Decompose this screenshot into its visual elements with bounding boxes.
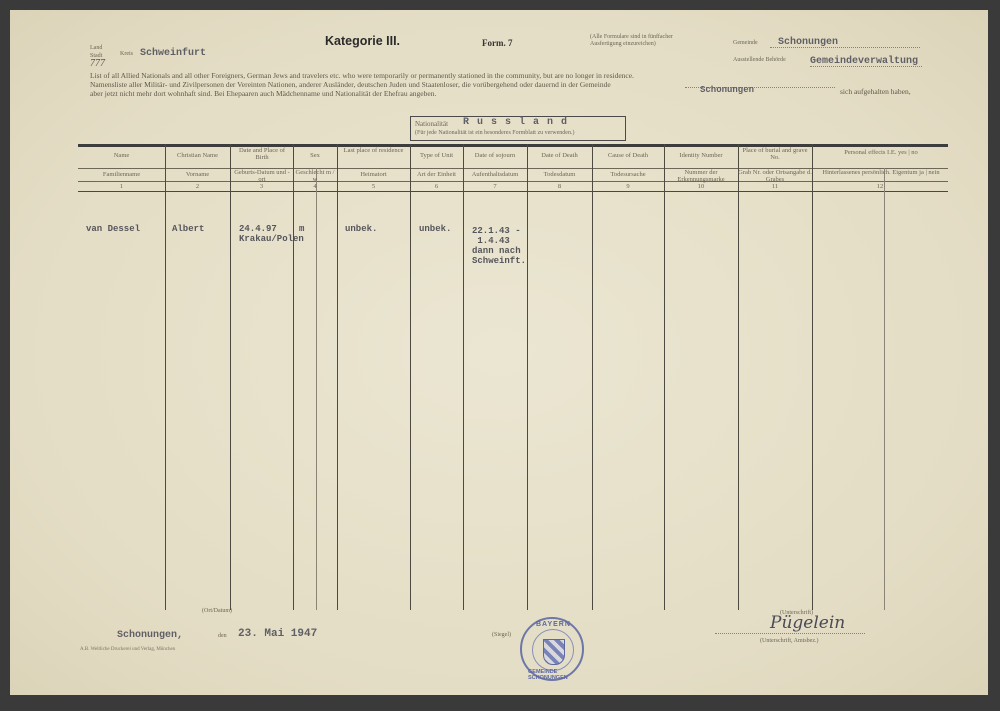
- nationality-box: Nationalität R u s s l a n d (Für jede N…: [410, 116, 626, 141]
- gemeinde-label: Gemeinde: [733, 40, 758, 46]
- description-german-1: Namensliste aller Militär- und Zivilpers…: [90, 80, 611, 89]
- col-7-num: 7: [463, 183, 527, 190]
- form-number: Form. 7: [482, 38, 513, 48]
- col-3-num: 3: [230, 183, 293, 190]
- nationality-note: (Für jede Nationalität ist ein besondere…: [415, 130, 574, 136]
- col-7-de: Aufenthaltsdatum: [463, 171, 527, 178]
- col-2-de: Vorname: [165, 171, 230, 178]
- document-page: Land Stadt Kreis 777 Schweinfurt Kategor…: [10, 10, 988, 695]
- form-title: Kategorie III.: [325, 34, 400, 48]
- col-8-de: Todesdatum: [527, 171, 592, 178]
- header-bottom-rule: [78, 191, 948, 192]
- cell-birth: 24.4.97 Krakau/Polen: [239, 224, 304, 244]
- cell-residence: unbek.: [345, 224, 377, 234]
- col-1-en: Name: [78, 152, 165, 159]
- col-6-num: 6: [410, 183, 463, 190]
- gemeinde-value: Schonungen: [778, 37, 838, 48]
- description-english: List of all Allied Nationals and all oth…: [90, 71, 634, 80]
- description-german-end: sich aufgehalten haben,: [840, 87, 911, 96]
- col-1-de: Familienname: [78, 171, 165, 178]
- cell-name: van Dessel: [86, 224, 140, 234]
- description-german-2: aber jetzt nicht mehr dort wohnhaft sind…: [90, 89, 436, 98]
- col-5-en: Last place of residence: [337, 147, 410, 154]
- col-9-en: Cause of Death: [592, 152, 664, 159]
- kreis-value: Schweinfurt: [140, 48, 206, 59]
- header-divider-2: [78, 181, 948, 182]
- table-top-rule: [78, 144, 948, 147]
- cell-sex: m: [299, 224, 304, 234]
- land-label: Land: [90, 45, 102, 51]
- col-11-en: Place of burial and grave No.: [740, 147, 810, 161]
- col-3-de: Geburts-Datum und -ort: [232, 169, 292, 183]
- col-11-de: Grab Nr. oder Ortsangabe d. Grabes: [738, 169, 812, 183]
- instruction-note-2: Ausfertigung einzureichen): [590, 41, 656, 47]
- col-3-en: Date and Place of Birth: [232, 147, 292, 161]
- kreis-label: Kreis: [120, 51, 133, 57]
- behoerde-label: Ausstellende Behörde: [733, 57, 786, 63]
- behoerde-value: Gemeindeverwaltung: [810, 56, 918, 67]
- col-10-num: 10: [664, 183, 738, 190]
- stamp-label: (Siegel): [492, 632, 511, 638]
- handwritten-mark: 777: [90, 58, 105, 69]
- col-6-de: Art der Einheit: [410, 171, 463, 178]
- place-label: (Ort/Datum): [202, 608, 232, 614]
- col-4-en: Sex: [293, 152, 337, 159]
- col-5-num: 5: [337, 183, 410, 190]
- cell-christian-name: Albert: [172, 224, 204, 234]
- bavarian-coat-of-arms-icon: [543, 639, 565, 665]
- signature-caption: (Unterschrift, Amtsbez.): [760, 638, 818, 644]
- col-9-de: Todesursache: [592, 171, 664, 178]
- place-value: Schonungen,: [117, 630, 183, 641]
- col-12-en: Personal effects I.E. yes | no: [814, 149, 948, 156]
- col-2-en: Christian Name: [165, 152, 230, 159]
- col-2-num: 2: [165, 183, 230, 190]
- instruction-note-1: (Alle Formulare sind in fünffacher: [590, 34, 673, 40]
- col-12-de: Hinterlassenes persönlich. Eigentum ja |…: [814, 169, 948, 176]
- col-6-en: Type of Unit: [410, 152, 463, 159]
- description-place: Schonungen: [700, 85, 754, 95]
- official-seal-stamp: BAYERN GEMEINDE SCHONUNGEN: [520, 617, 584, 681]
- cell-unit: unbek.: [419, 224, 451, 234]
- col-9-num: 9: [592, 183, 664, 190]
- printer-imprint: A.B. Weltliche Druckerei und Verlag, Mün…: [80, 647, 175, 652]
- cell-sojourn: 22.1.43 - 1.4.43 dann nach Schweinft.: [472, 226, 526, 266]
- col-4-de: Geschlecht m / w: [293, 169, 337, 183]
- col-11-num: 11: [738, 183, 812, 190]
- col-12-num: 12: [812, 183, 948, 190]
- col-7-en: Date of sojourn: [463, 152, 527, 159]
- signature: Pügelein: [770, 613, 845, 633]
- den-label: den: [218, 633, 227, 639]
- col-1-num: 1: [78, 183, 165, 190]
- nationality-value: R u s s l a n d: [463, 117, 568, 128]
- col-8-en: Date of Death: [527, 152, 592, 159]
- date-value: 23. Mai 1947: [238, 628, 317, 640]
- nationality-label: Nationalität: [415, 120, 448, 128]
- col-10-de: Nummer der Erkennungsmarke: [664, 169, 738, 183]
- col-8-num: 8: [527, 183, 592, 190]
- col-10-en: Identity Number: [664, 152, 738, 159]
- col-4-num: 4: [293, 183, 337, 190]
- col-5-de: Heimatort: [337, 171, 410, 178]
